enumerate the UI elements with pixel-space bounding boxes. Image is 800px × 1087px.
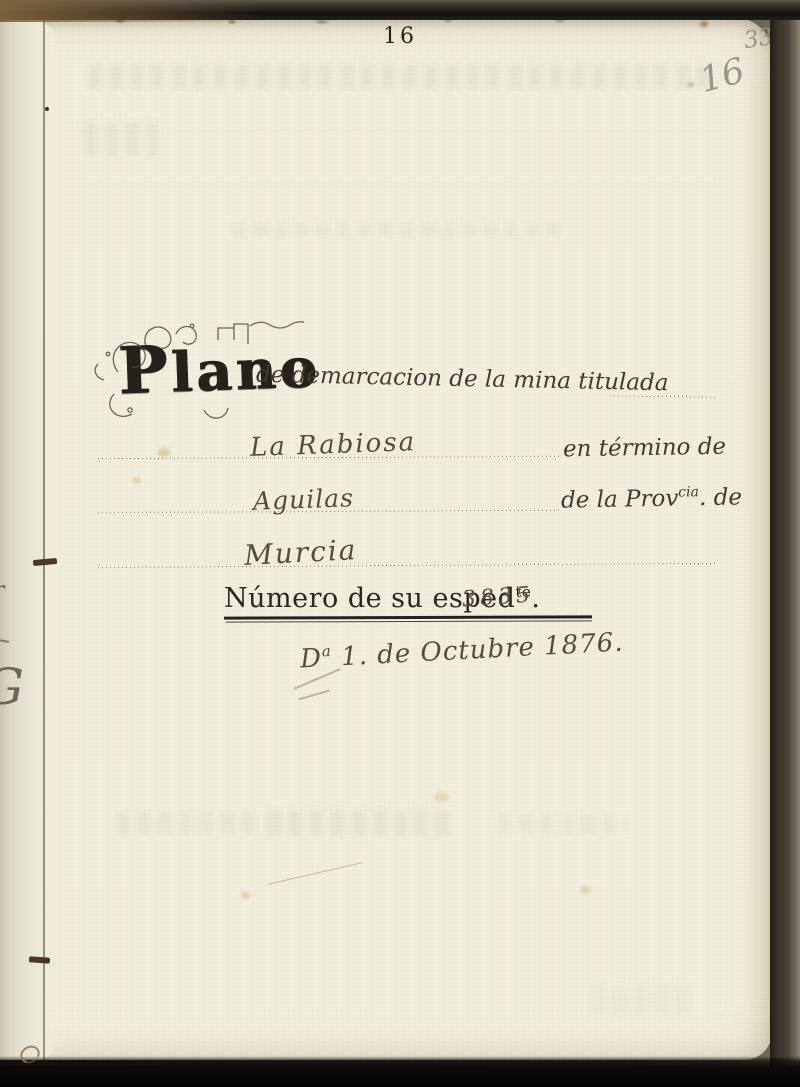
top-edge-smudges: [0, 17, 800, 29]
bleedthrough-band: [84, 122, 158, 156]
municipality-entry: Aguilas: [253, 483, 355, 516]
bleedthrough-band: [116, 812, 258, 834]
foxing-stain: [241, 892, 250, 899]
foxing-stain: [132, 477, 141, 484]
bleedthrough-band: [232, 223, 566, 236]
folio-number-pencil: 16: [696, 51, 749, 101]
binding-gutter: [0, 18, 62, 1060]
province-label-suffix: . de: [699, 484, 742, 511]
register-page: 16 33 16 Plano de demarcacion de la mina…: [0, 18, 772, 1060]
bleedthrough-band: [498, 815, 626, 833]
foxing-stain: [158, 448, 170, 457]
province-entry: Murcia: [243, 533, 358, 572]
date-entry: Da 1. de Octubre 1876.: [299, 628, 624, 675]
bleedthrough-band: [88, 64, 720, 89]
double-rule-thin: [226, 620, 592, 622]
bleedthrough-signature: [592, 985, 688, 1015]
foxing-stain: [580, 886, 591, 894]
book-cover-right-edge: [770, 0, 800, 1087]
binding-hole: [45, 107, 49, 111]
dotted-fill-line: [98, 562, 716, 568]
term-label: en término de: [563, 434, 726, 463]
province-label-prefix: de la Prov: [561, 486, 679, 514]
dotted-fill-line: [610, 395, 716, 398]
scanned-book-photo: 16 33 16 Plano de demarcacion de la mina…: [0, 0, 800, 1087]
date-rest: 1. de Octubre 1876.: [340, 628, 624, 673]
foxing-stain: [434, 792, 449, 802]
book-cover-bottom-edge: [0, 1056, 800, 1087]
mine-name-entry: La Rabiosa: [250, 427, 417, 463]
province-label-superscript: cia: [678, 484, 699, 500]
title-flourish-ornament: [84, 314, 304, 429]
bleedthrough-rule: [80, 130, 720, 132]
hairline-scratch: [268, 862, 362, 885]
bleedthrough-rule: [80, 184, 720, 186]
facing-page-ink: G: [0, 658, 24, 716]
date-prefix: D: [299, 643, 322, 674]
province-label: de la Provcia. de: [561, 484, 742, 513]
double-rule-thick: [224, 615, 592, 619]
foxing-stain: [688, 82, 694, 87]
date-superscript: a: [321, 642, 332, 660]
pencil-stroke: [298, 690, 329, 701]
bleedthrough-band: [268, 810, 452, 836]
gutter-crease-line: [43, 18, 45, 1060]
facing-page-ink: r: [0, 576, 4, 604]
expediente-number-entry: 3835: [461, 583, 535, 613]
